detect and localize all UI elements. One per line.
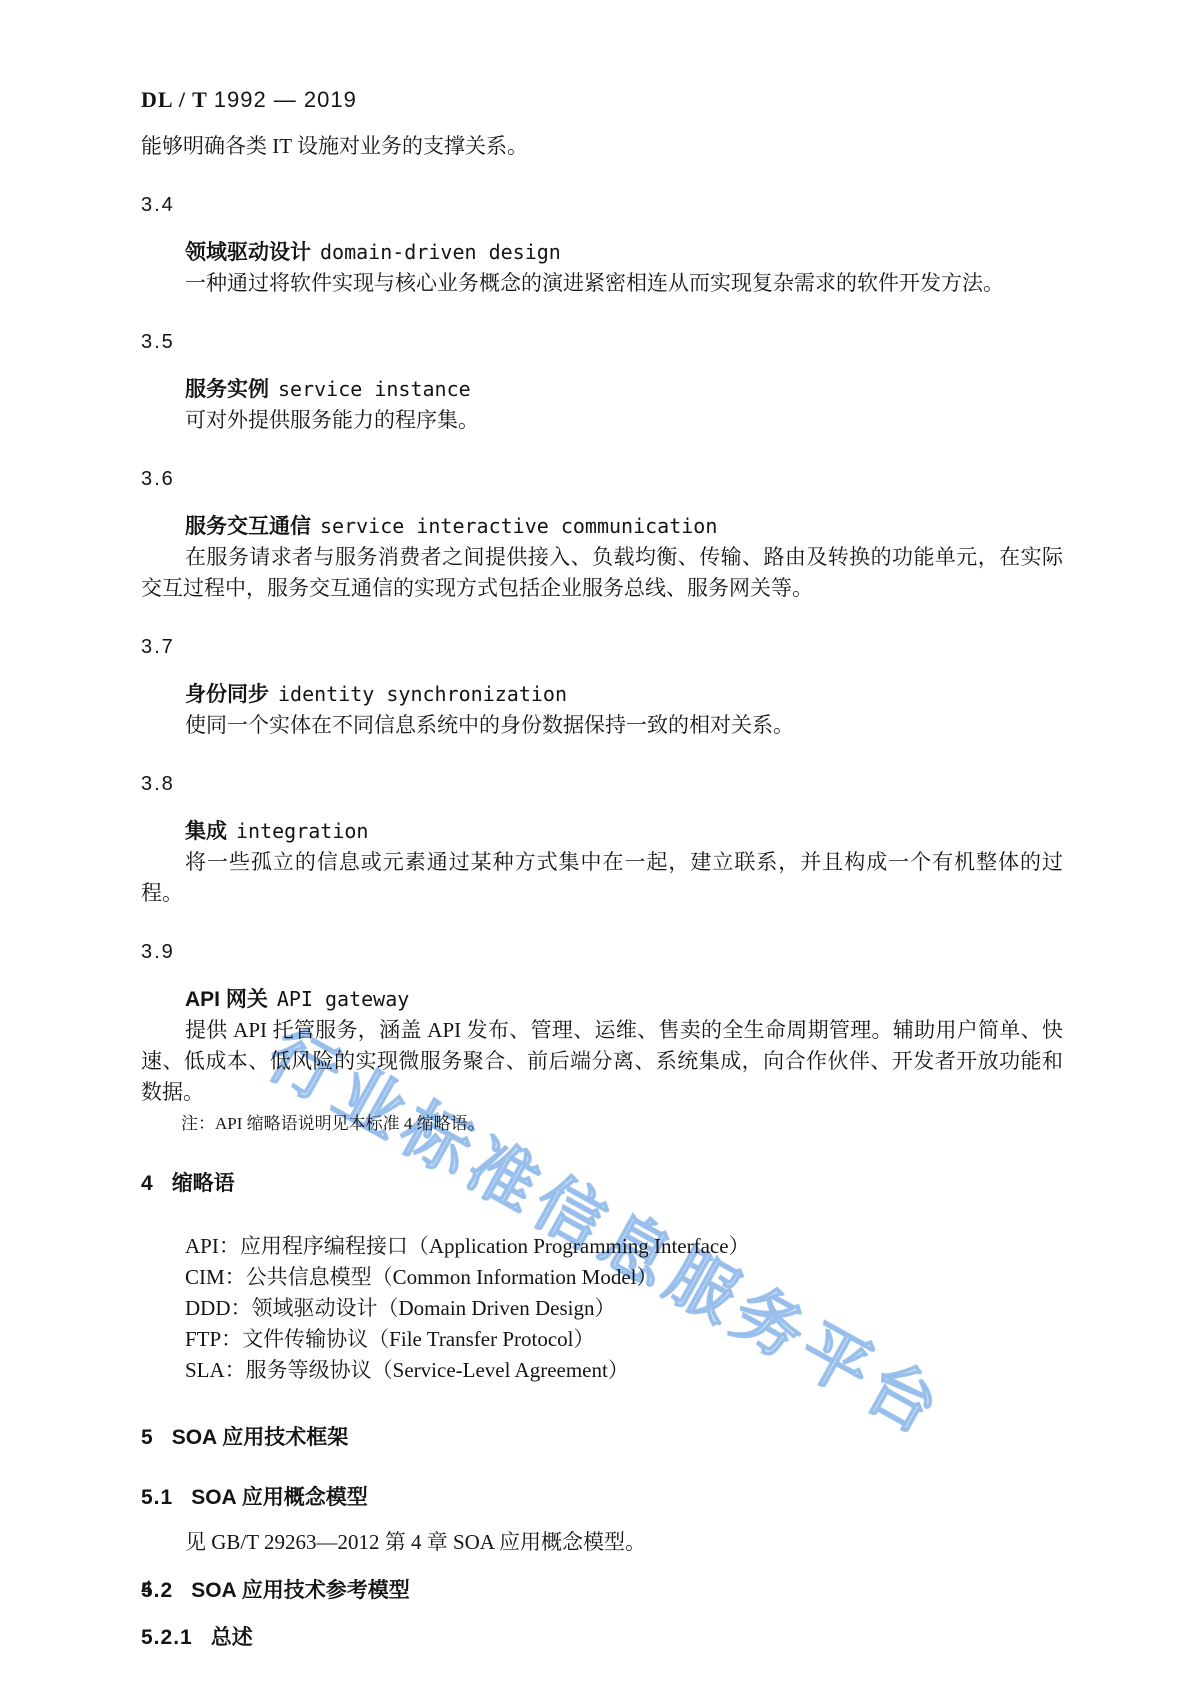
term-definition: 将一些孤立的信息或元素通过某种方式集中在一起，建立联系，并且构成一个有机整体的过…	[141, 847, 1063, 909]
section-title: SOA 应用概念模型	[191, 1486, 368, 1509]
term-definition: 在服务请求者与服务消费者之间提供接入、负载均衡、传输、路由及转换的功能单元，在实…	[141, 542, 1063, 604]
subsection-5-1-heading: 5.1SOA 应用概念模型	[141, 1482, 1063, 1513]
intro-paragraph: 能够明确各类 IT 设施对业务的支撑关系。	[141, 131, 1063, 162]
term-heading: 集成integration	[141, 816, 1063, 847]
term-en: service instance	[278, 377, 471, 401]
section-title: 总述	[211, 1626, 253, 1649]
abbreviation-list: API：应用程序编程接口（Application Programming Int…	[141, 1231, 1063, 1386]
term-zh: 服务交互通信	[185, 515, 311, 538]
term-section-3-8: 3.8 集成integration 将一些孤立的信息或元素通过某种方式集中在一起…	[141, 769, 1063, 909]
term-definition: 使同一个实体在不同信息系统中的身份数据保持一致的相对关系。	[141, 710, 1063, 741]
term-en: domain-driven design	[320, 240, 561, 264]
term-zh: API 网关	[185, 988, 268, 1011]
term-zh: 集成	[185, 820, 227, 843]
term-note: 注：API 缩略语说明见本标准 4 缩略语。	[141, 1110, 1063, 1138]
clause-number: 3.4	[141, 190, 1063, 221]
section-number: 4	[141, 1172, 154, 1195]
term-heading: 服务交互通信service interactive communication	[141, 511, 1063, 542]
clause-number: 3.8	[141, 769, 1063, 800]
section-5-heading: 5SOA 应用技术框架	[141, 1422, 1063, 1453]
term-en: service interactive communication	[320, 514, 717, 538]
term-heading: 身份同步identity synchronization	[141, 679, 1063, 710]
subsection-5-2-1-heading: 5.2.1总述	[141, 1622, 1063, 1653]
term-heading: 服务实例service instance	[141, 374, 1063, 405]
clause-number: 3.5	[141, 327, 1063, 358]
term-heading: 领域驱动设计domain-driven design	[141, 237, 1063, 268]
abbreviation-item: DDD：领域驱动设计（Domain Driven Design）	[185, 1293, 1063, 1324]
document-page: 行业标准信息服务平台 DL / T1992 — 2019 能够明确各类 IT 设…	[0, 0, 1190, 1684]
clause-number: 3.6	[141, 464, 1063, 495]
term-zh: 身份同步	[185, 683, 269, 706]
term-section-3-6: 3.6 服务交互通信service interactive communicat…	[141, 464, 1063, 604]
term-definition: 可对外提供服务能力的程序集。	[141, 405, 1063, 436]
term-definition: 提供 API 托管服务，涵盖 API 发布、管理、运维、售卖的全生命周期管理。辅…	[141, 1015, 1063, 1108]
clause-number: 3.7	[141, 632, 1063, 663]
section-title: SOA 应用技术参考模型	[191, 1579, 410, 1602]
term-definition: 一种通过将软件实现与核心业务概念的演进紧密相连从而实现复杂需求的软件开发方法。	[141, 268, 1063, 299]
abbreviation-item: CIM：公共信息模型（Common Information Model）	[185, 1262, 1063, 1293]
standard-code: DL / T	[141, 87, 208, 112]
term-section-3-4: 3.4 领域驱动设计domain-driven design 一种通过将软件实现…	[141, 190, 1063, 299]
section-title: SOA 应用技术框架	[172, 1426, 349, 1449]
section-number: 5	[141, 1426, 154, 1449]
term-en: identity synchronization	[278, 682, 567, 706]
running-header: DL / T1992 — 2019	[141, 84, 1063, 115]
section-number: 5.1	[141, 1486, 173, 1509]
standard-year: 1992 — 2019	[214, 87, 357, 112]
abbreviation-item: API：应用程序编程接口（Application Programming Int…	[185, 1231, 1063, 1262]
section-number: 5.2	[141, 1579, 173, 1602]
section-title: 缩略语	[172, 1172, 235, 1195]
clause-number: 3.9	[141, 937, 1063, 968]
term-zh: 领域驱动设计	[185, 241, 311, 264]
section-4-heading: 4缩略语	[141, 1168, 1063, 1199]
subsection-5-1-paragraph: 见 GB/T 29263—2012 第 4 章 SOA 应用概念模型。	[141, 1527, 1063, 1558]
term-en: API gateway	[277, 987, 409, 1011]
term-section-3-7: 3.7 身份同步identity synchronization 使同一个实体在…	[141, 632, 1063, 741]
page-content: DL / T1992 — 2019 能够明确各类 IT 设施对业务的支撑关系。 …	[141, 84, 1063, 1653]
term-en: integration	[236, 819, 368, 843]
term-heading: API 网关API gateway	[141, 984, 1063, 1015]
abbreviation-item: SLA：服务等级协议（Service-Level Agreement）	[185, 1355, 1063, 1386]
term-section-3-5: 3.5 服务实例service instance 可对外提供服务能力的程序集。	[141, 327, 1063, 436]
term-section-3-9: 3.9 API 网关API gateway 提供 API 托管服务，涵盖 API…	[141, 937, 1063, 1138]
subsection-5-2-heading: 5.2SOA 应用技术参考模型	[141, 1575, 1063, 1606]
abbreviation-item: FTP：文件传输协议（File Transfer Protocol）	[185, 1324, 1063, 1355]
section-number: 5.2.1	[141, 1626, 193, 1649]
term-zh: 服务实例	[185, 378, 269, 401]
